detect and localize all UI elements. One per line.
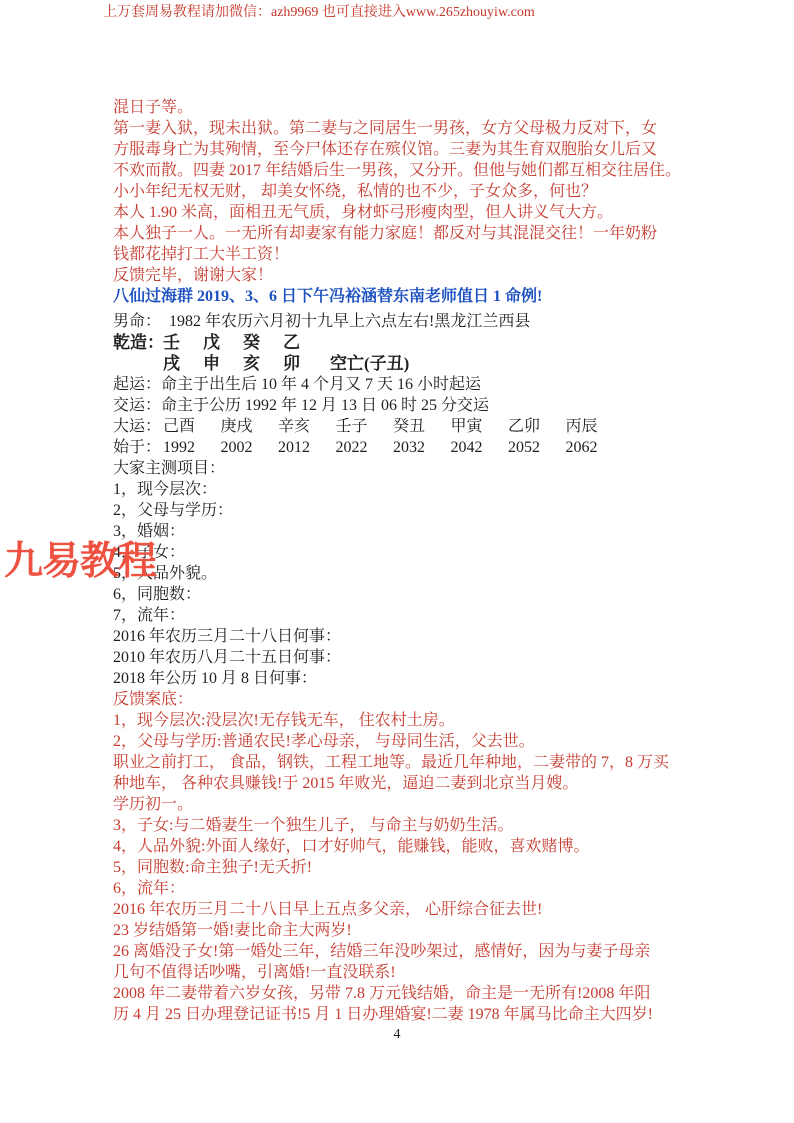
feedback-paragraph: 反馈案底：1，现今层次:没层次!无存钱无车， 住农村土房。2，父母与学历:普通农… [113,689,687,1025]
dayun-pillar: 甲寅 [451,416,509,437]
text-line: 26 离婚没子女!第一婚处三年，结婚三年没吵架过，感情好，因为与妻子母亲 [113,941,687,962]
survey-item: 3，婚姻： [113,521,687,542]
branch-char: 亥 [243,353,283,374]
dayun-pillar: 己酉 [163,416,221,437]
dayun-pillar: 辛亥 [278,416,336,437]
start-years-row: 始于：19922002201220222032204220522062 [113,437,687,458]
document-page: 上万套周易教程请加微信：azh9969 也可直接进入www.265zhouyiw… [0,0,794,1123]
text-line: 小小年纪无权无财， 却美女怀绕，私情的也不少，子女众多，何也？ [113,181,687,202]
page-number: 4 [0,1027,794,1043]
jiaoyun-line: 交运：命主于公历 1992 年 12 月 13 日 06 时 25 分交运 [113,395,687,416]
survey-item: 6，同胞数： [113,584,687,605]
text-line: 本人独子一人。一无所有却妻家有能力家庭！都反对与其混混交往！一年奶粉 [113,223,687,244]
start-year: 2052 [508,437,566,458]
promo-header-text: 上万套周易教程请加微信：azh9969 也可直接进入www.265zhouyiw… [103,4,535,21]
dayun-pillar: 癸丑 [393,416,451,437]
survey-item: 4，子女： [113,542,687,563]
dayun-row: 大运：己酉庚戌辛亥壬子癸丑甲寅乙卯丙辰 [113,416,687,437]
group-title: 八仙过海群 2019、3、6 日下午冯裕涵替东南老师值日 1 命例! [113,286,687,307]
stem-char: 壬 [163,332,203,353]
start-year: 2002 [221,437,279,458]
survey-heading: 大家主测项目： [113,458,687,479]
stem-char: 乙 [283,332,323,353]
text-line: 本人 1.90 米高，面相丑无气质，身材虾弓形瘦肉型，但人讲义气大方。 [113,202,687,223]
text-line: 历 4 月 25 日办理登记证书!5 月 1 日办理婚宴!二妻 1978 年属马… [113,1004,687,1025]
start-year: 2042 [451,437,509,458]
branch-char: 卯 [283,353,323,374]
text-line: 2016 年农历三月二十八日早上五点多父亲， 心肝综合征去世! [113,899,687,920]
survey-item: 2，父母与学历： [113,500,687,521]
start-year: 2062 [566,437,624,458]
watermark: 九易教程 [4,541,156,582]
text-line: 2008 年二妻带着六岁女孩，另带 7.8 万元钱结婚，命主是一无所有!2008… [113,983,687,1004]
dayun-label: 大运： [113,416,163,437]
text-line: 不欢而散。四妻 2017 年结婚后生一男孩，又分开。但他与她们都互相交往居住。 [113,160,687,181]
stem-char: 戊 [203,332,243,353]
text-line: 6，流年： [113,878,687,899]
text-line: 混日子等。 [113,97,687,118]
dayun-pillar: 丙辰 [566,416,624,437]
start-year: 2022 [336,437,394,458]
survey-item: 1，现今层次： [113,479,687,500]
text-line: 4，人品外貌:外面人缘好，口才好帅气，能赚钱，能败，喜欢赌博。 [113,836,687,857]
survey-item: 2010 年农历八月二十五日何事： [113,647,687,668]
qianzao-label: 乾造： [113,332,163,353]
text-line: 种地车， 各种农具赚钱!于 2015 年败光，逼迫二妻到北京当月嫂。 [113,773,687,794]
survey-item: 2016 年农历三月二十八日何事： [113,626,687,647]
kongwang-note: 空亡(子丑) [323,354,409,373]
text-line: 5，同胞数:命主独子!无夭折! [113,857,687,878]
heavenly-stems-row: 乾造：壬戊癸乙 [113,332,687,353]
dayun-pillar: 乙卯 [508,416,566,437]
male-birth-line: 男命： 1982 年农历六月初十九早上六点左右!黑龙江兰西县 [113,311,687,332]
text-line: 反馈案底： [113,689,687,710]
text-line: 职业之前打工， 食品，钢铁，工程工地等。最近几年种地，二妻带的 7，8 万买 [113,752,687,773]
text-line: 23 岁结婚第一婚!妻比命主大两岁! [113,920,687,941]
start-year: 1992 [163,437,221,458]
text-line: 3，子女:与二婚妻生一个独生儿子， 与命主与奶奶生活。 [113,815,687,836]
text-line: 1，现今层次:没层次!无存钱无车， 住农村土房。 [113,710,687,731]
survey-item: 5，人品外貌。 [113,563,687,584]
page-body: 混日子等。第一妻入狱，现未出狱。第二妻与之同居生一男孩，女方父母极力反对下，女方… [113,97,687,1025]
dayun-pillar: 庚戌 [221,416,279,437]
intro-paragraph: 混日子等。第一妻入狱，现未出狱。第二妻与之同居生一男孩，女方父母极力反对下，女方… [113,97,687,286]
start-label: 始于： [113,437,163,458]
dayun-pillar: 壬子 [336,416,394,437]
qiyun-line: 起运：命主于出生后 10 年 4 个月又 7 天 16 小时起运 [113,374,687,395]
stem-char: 癸 [243,332,283,353]
text-line: 反馈完毕，谢谢大家！ [113,265,687,286]
text-line: 钱都花掉打工大半工资！ [113,244,687,265]
text-line: 方服毒身亡为其殉情，至今尸体还存在殡仪馆。三妻为其生育双胞胎女儿后又 [113,139,687,160]
text-line: 第一妻入狱，现未出狱。第二妻与之同居生一男孩，女方父母极力反对下，女 [113,118,687,139]
branch-char: 戌 [163,353,203,374]
survey-item: 7，流年： [113,605,687,626]
earthly-branches-row: 戌申亥卯空亡(子丑) [113,353,687,374]
text-line: 学历初一。 [113,794,687,815]
survey-item: 2018 年公历 10 月 8 日何事： [113,668,687,689]
text-line: 几句不值得话吵嘴，引离婚!一直没联系! [113,962,687,983]
branch-char: 申 [203,353,243,374]
text-line: 2，父母与学历:普通农民!孝心母亲， 与母同生活，父去世。 [113,731,687,752]
start-year: 2012 [278,437,336,458]
survey-list: 1，现今层次：2，父母与学历：3，婚姻：4，子女：5，人品外貌。6，同胞数：7，… [113,479,687,689]
start-year: 2032 [393,437,451,458]
